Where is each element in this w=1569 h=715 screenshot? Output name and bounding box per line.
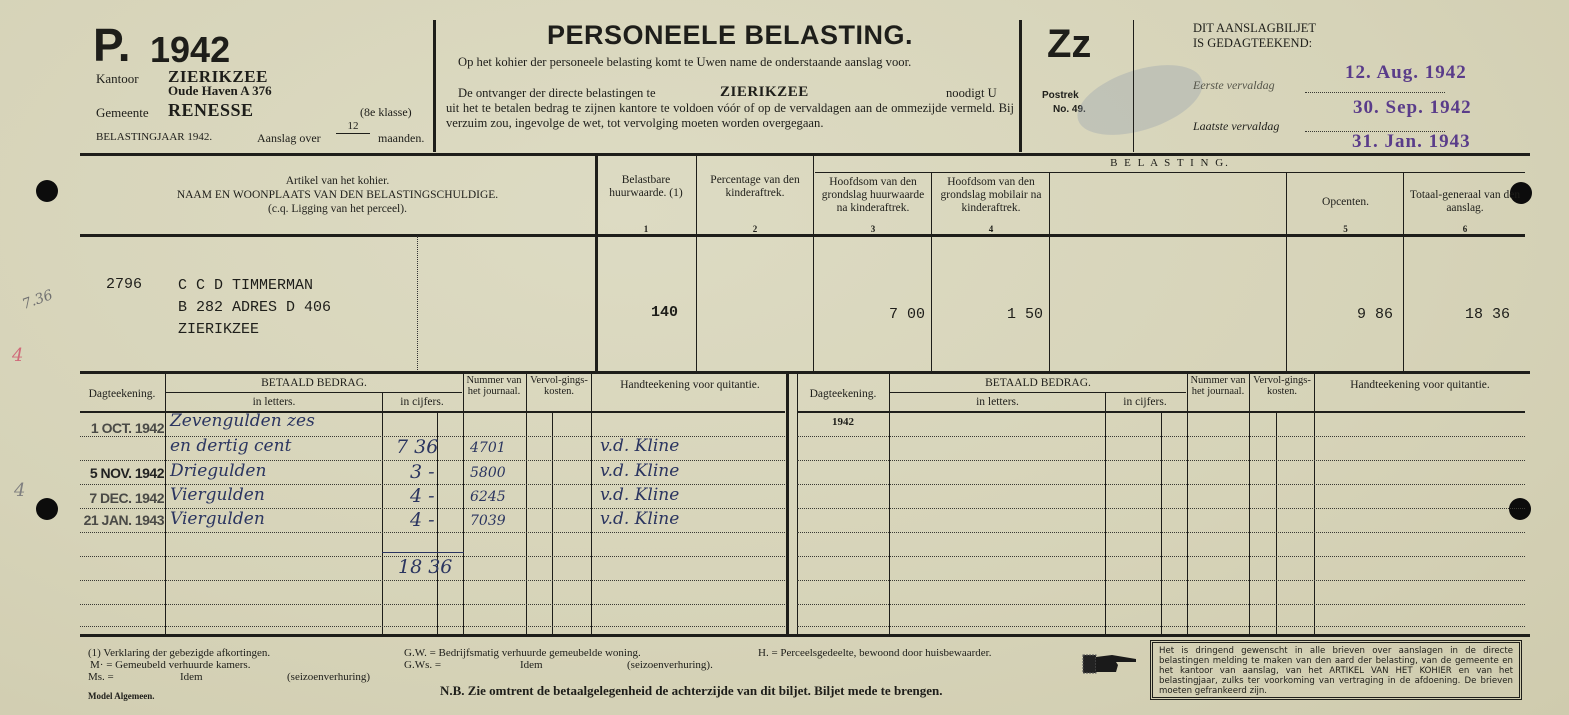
abbrev-note: (1) Verklaring der gebezigde afkortingen… — [88, 647, 270, 659]
payment-date-stamp: 5 NOV. 1942 — [60, 465, 164, 481]
abbrev-gw: G.W. = Bedrijfsmatig verhuurde gemeubeld… — [404, 647, 641, 659]
postrek-label: Postrek — [1042, 90, 1079, 101]
signature: v.d. Kline — [600, 461, 679, 481]
col2-header: Percentage van den kinderaftrek. — [698, 174, 812, 200]
col1-header: Belastbare huurwaarde. (1) — [598, 174, 694, 200]
divider — [1133, 20, 1134, 152]
margin-note-red: 4 — [12, 345, 23, 366]
stamp-date-1: 12. Aug. 1942 — [1345, 62, 1467, 84]
page-title: PERSONEELE BELASTING. — [440, 20, 1020, 51]
handteekening-header: Handteekening voor quitantie. — [1330, 379, 1510, 392]
col3-header: Hoofdsom van den grondslag huurwaarde na… — [815, 176, 931, 215]
artikel-number: 2796 — [106, 276, 142, 293]
form-year: 1942 — [150, 30, 230, 70]
nb-note: N.B. Zie omtrent de betaalgelegenheid de… — [440, 683, 942, 699]
tax-assessment-form: 7.36 4 4 P. 1942 Kantoor ZIERIKZEE Oude … — [0, 0, 1569, 715]
journaal-header: Nummer van het journaal. — [463, 375, 525, 397]
taxpayer-address: B 282 ADRES D 406 — [178, 299, 331, 316]
last-due-label: Laatste vervaldag — [1193, 119, 1279, 134]
vervolging-header: Vervol-gings-kosten. — [1250, 375, 1314, 397]
col4-number: 4 — [933, 224, 1049, 234]
col-name-header-3: (c.q. Ligging van het perceel). — [80, 203, 595, 216]
payment-total: 18 36 — [398, 556, 452, 578]
payment-letters: Viergulden — [170, 509, 265, 529]
cijfers-header: in cijfers. — [382, 396, 462, 409]
betaald-header: BETAALD BEDRAG. — [890, 377, 1186, 390]
punch-hole — [36, 498, 58, 520]
payment-amount: 4 - — [410, 485, 435, 507]
punch-hole — [36, 180, 58, 202]
noodigt-text: noodigt U — [946, 86, 997, 101]
margin-note-bottom: 4 — [14, 480, 25, 501]
payment-letters: en dertig cent — [170, 436, 291, 456]
letters-header: in letters. — [166, 396, 382, 409]
cijfers-header: in cijfers. — [1105, 396, 1185, 409]
pointing-hand-icon — [1082, 652, 1138, 676]
payment-date-stamp: 21 JAN. 1943 — [56, 512, 164, 528]
gemeente-label: Gemeente — [96, 105, 149, 121]
col-name-header-2: NAAM EN WOONPLAATS VAN DEN BELASTINGSCHU… — [80, 189, 595, 202]
abbrev-ms-idem: Idem — [180, 671, 203, 683]
abbrev-ms-season: (seizoenverhuring) — [287, 671, 370, 683]
col6-header: Totaal-generaal van den aanslag. — [1405, 189, 1525, 215]
abbrev-m: M· = Gemeubeld verhuurde kamers. — [90, 659, 250, 671]
divider — [433, 20, 436, 152]
letters-header: in letters. — [890, 396, 1105, 409]
abbrev-gws: G.Ws. = — [404, 659, 441, 671]
belastingjaar: BELASTINGJAAR 1942. — [96, 131, 212, 143]
date-header: Dagteekening. — [797, 388, 889, 401]
divider — [1019, 20, 1022, 152]
vervolging-header: Vervol-gings-kosten. — [527, 375, 591, 397]
col5-header: Opcenten. — [1288, 196, 1403, 209]
margin-note-top: 7.36 — [20, 287, 55, 313]
col-name-header-1: Artikel van het kohier. — [80, 175, 595, 188]
payment-amount: 7 36 — [396, 436, 438, 458]
col6-number: 6 — [1405, 224, 1525, 234]
aanslag-months: 12 — [336, 120, 370, 134]
model-label: Model Algemeen. — [88, 691, 155, 701]
journal-number: 5800 — [470, 465, 506, 481]
payment-instruction: uit het te betalen bedrag te zijnen kant… — [446, 101, 1014, 130]
date-header: Dagteekening. — [80, 388, 164, 401]
stamp-date-3: 31. Jan. 1943 — [1352, 131, 1471, 153]
col3-number: 3 — [815, 224, 931, 234]
notice-box: Het is dringend gewenscht in alle brieve… — [1150, 640, 1522, 700]
ontvanger-place: ZIERIKZEE — [720, 84, 809, 101]
payment-amount: 4 - — [410, 509, 435, 531]
journal-number: 7039 — [470, 513, 506, 529]
col5-number: 5 — [1288, 224, 1403, 234]
belasting-header: B E L A S T I N G. — [815, 157, 1525, 169]
abbrev-h: H. = Perceelsgedeelte, bewoond door huis… — [758, 647, 991, 659]
abbrev-gws-idem: Idem — [520, 659, 543, 671]
taxpayer-place: ZIERIKZEE — [178, 321, 259, 338]
signature: v.d. Kline — [600, 509, 679, 529]
signature: v.d. Kline — [600, 485, 679, 505]
taxpayer-name: C C D TIMMERMAN — [178, 277, 313, 294]
punch-hole — [1509, 498, 1531, 520]
totaal-value: 18 36 — [1405, 306, 1510, 323]
year-label: 1942 — [797, 416, 889, 428]
gedagteekend-line1: DIT AANSLAGBILJET — [1193, 20, 1316, 36]
kantoor-address: Oude Haven A 376 — [168, 83, 272, 99]
form-code: P. — [93, 22, 131, 68]
journal-number: 6245 — [470, 489, 506, 505]
maanden-label: maanden. — [378, 131, 424, 146]
abbrev-gws-season: (seizoenverhuring). — [627, 659, 713, 671]
col4-header: Hoofdsom van den grondslag mobilair na k… — [933, 176, 1049, 215]
intro-paragraph: Op het kohier der personeele belasting k… — [446, 55, 1014, 70]
gedagteekend-line2: IS GEDAGTEEKEND: — [1193, 36, 1312, 51]
abbrev-ms: Ms. = — [88, 671, 114, 683]
handteekening-header: Handteekening voor quitantie. — [600, 379, 780, 392]
stamp-date-2: 30. Sep. 1942 — [1353, 97, 1472, 119]
klasse: (8e klasse) — [360, 105, 412, 120]
payment-letters: Zevengulden zes — [170, 411, 315, 431]
payment-letters: Driegulden — [170, 461, 266, 481]
betaald-header: BETAALD BEDRAG. — [166, 377, 462, 390]
payment-date-stamp: 1 OCT. 1942 — [60, 420, 164, 436]
gemeente-value: RENESSE — [168, 100, 254, 121]
col1-number: 1 — [598, 224, 694, 234]
hoofdsom-mobilair-value: 1 50 — [933, 306, 1043, 323]
payment-date-stamp: 7 DEC. 1942 — [60, 490, 164, 506]
ontvanger-text: De ontvanger der directe belastingen te — [458, 86, 656, 101]
payment-letters: Viergulden — [170, 485, 265, 505]
kantoor-label: Kantoor — [96, 71, 139, 87]
aanslag-over-label: Aanslag over — [257, 131, 321, 146]
hoofdsom-huur-value: 7 00 — [815, 306, 925, 323]
signature: v.d. Kline — [600, 436, 679, 456]
opcenten-value: 9 86 — [1288, 306, 1393, 323]
postcode-code: Zz — [1047, 22, 1091, 66]
journal-number: 4701 — [470, 440, 506, 456]
huurwaarde-value: 140 — [598, 304, 678, 321]
journaal-header: Nummer van het journaal. — [1187, 375, 1249, 397]
first-due-label: Eerste vervaldag — [1193, 78, 1275, 93]
payment-amount: 3 - — [410, 461, 435, 483]
col2-number: 2 — [698, 224, 812, 234]
